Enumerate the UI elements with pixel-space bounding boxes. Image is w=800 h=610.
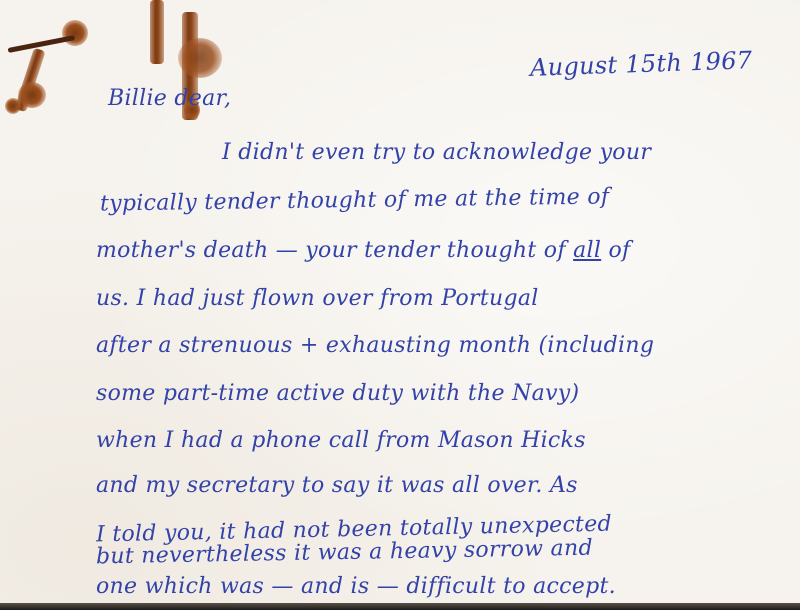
letter-line-3-tail: of bbox=[601, 238, 630, 263]
underlined-word-all: all bbox=[573, 238, 601, 263]
letter-line-7: when I had a phone call from Mason Hicks bbox=[96, 428, 586, 453]
letter-line-3-text: mother's death — your tender thought of bbox=[96, 238, 573, 263]
rust-stain-dot-bottom bbox=[18, 82, 46, 108]
card-bottom-edge bbox=[0, 603, 800, 610]
letter-line-1: I didn't even try to acknowledge your bbox=[222, 140, 651, 165]
letter-line-8: and my secretary to say it was all over.… bbox=[96, 473, 578, 498]
letter-line-5: after a strenuous + exhausting month (in… bbox=[96, 333, 654, 358]
rust-stain-dot-left bbox=[5, 98, 21, 114]
letter-line-3: mother's death — your tender thought of … bbox=[96, 238, 630, 263]
rust-streak-left bbox=[150, 0, 164, 64]
letter-card: August 15th 1967 Billie dear, I didn't e… bbox=[0, 0, 800, 603]
rust-stain-dot-top bbox=[62, 20, 88, 46]
rust-stain-blot bbox=[178, 38, 222, 78]
letter-line-6: some part-time active duty with the Navy… bbox=[96, 381, 579, 406]
letter-line-2: typically tender thought of me at the ti… bbox=[100, 184, 610, 216]
letter-salutation: Billie dear, bbox=[108, 86, 231, 111]
letter-line-4: us. I had just flown over from Portugal bbox=[96, 286, 539, 311]
letter-line-11: one which was — and is — difficult to ac… bbox=[96, 574, 616, 599]
letter-date: August 15th 1967 bbox=[530, 46, 753, 82]
